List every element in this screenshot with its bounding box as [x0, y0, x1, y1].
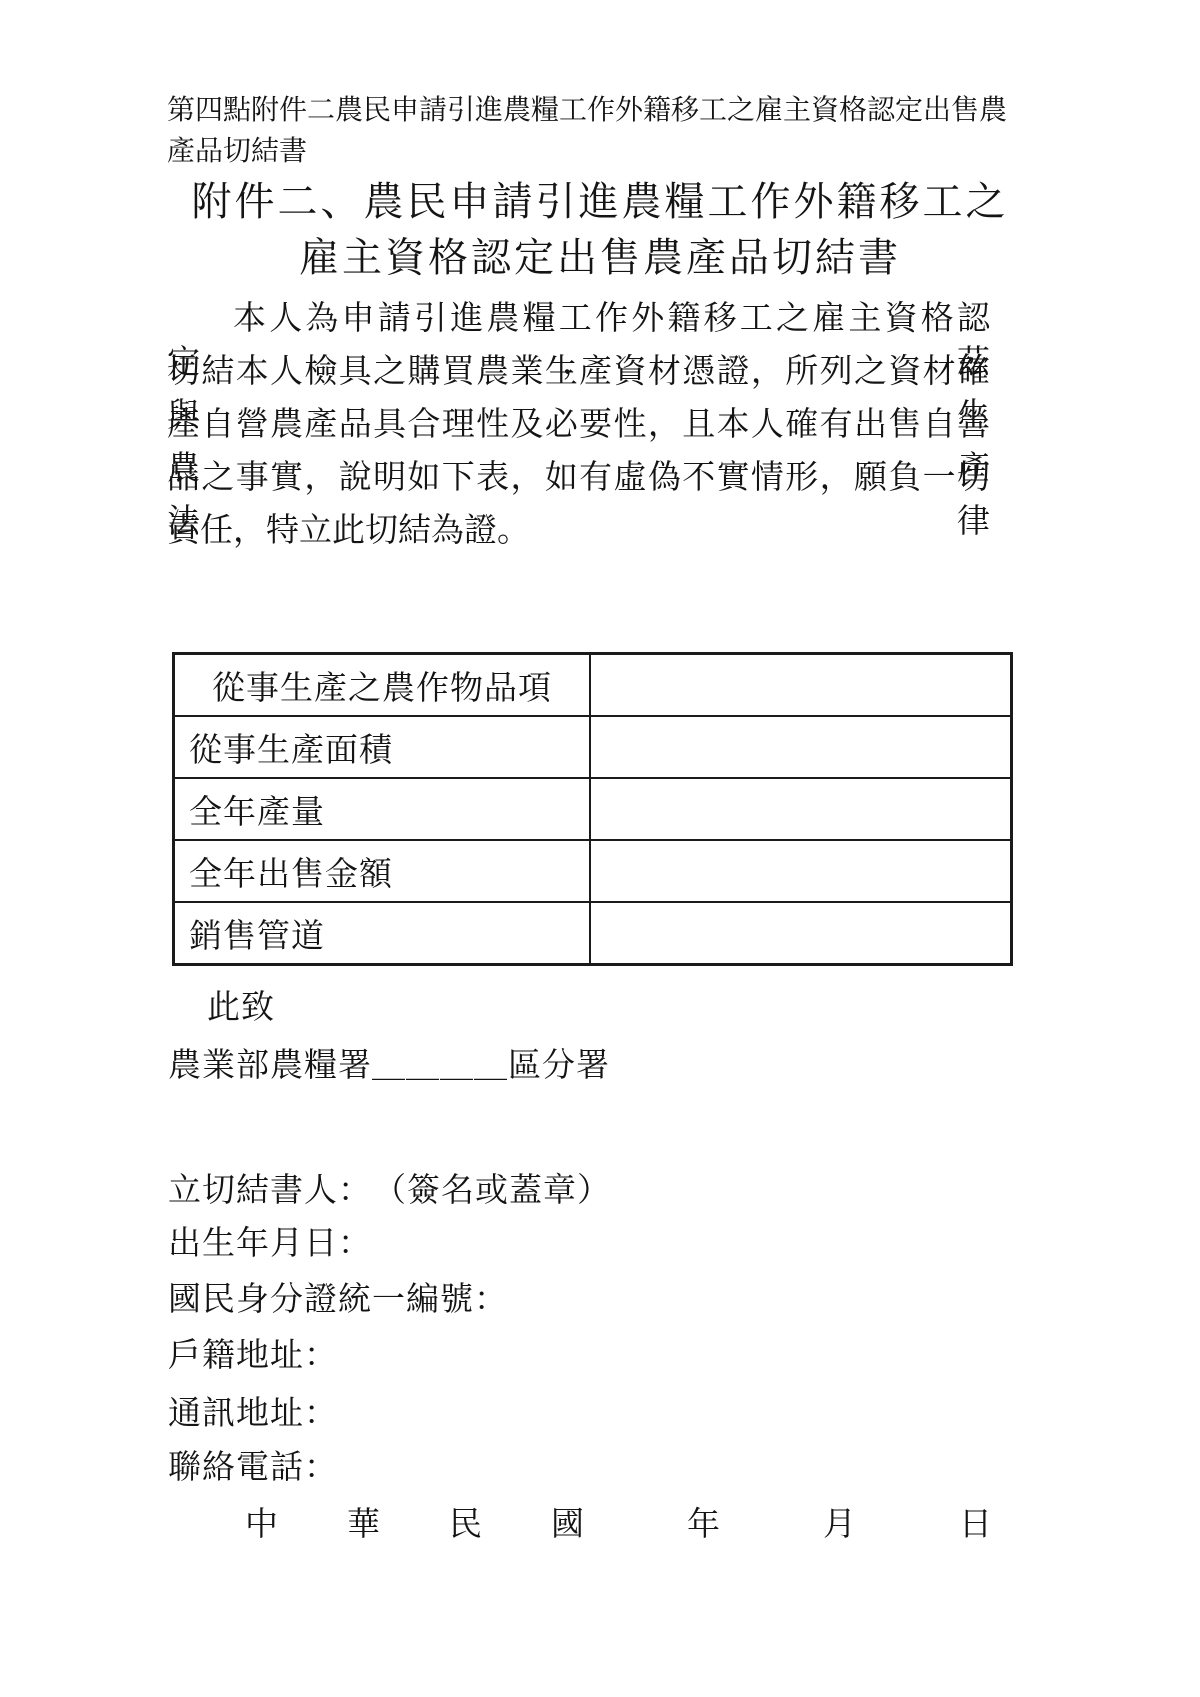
- agency-line: 農業部農糧署＿＿＿＿區分署: [168, 1044, 610, 1086]
- table-row: 全年產量: [175, 777, 1010, 839]
- salutation: 此致: [207, 986, 275, 1028]
- declaration-table: 從事生產之農作物品項 從事生產面積 全年產量 全年出售金額 銷售管道: [172, 652, 1013, 966]
- signature-field-id-number: 國民身分證統一編號：: [168, 1278, 508, 1320]
- table-row: 銷售管道: [175, 901, 1010, 963]
- table-row: 從事生產面積: [175, 715, 1010, 777]
- row-label-cell: 全年產量: [175, 779, 591, 839]
- row-label-cell: 全年出售金額: [175, 841, 591, 901]
- affidavit-document-page: 第四點附件二農民申請引進農糧工作外籍移工之雇主資格認定出售農 產品切結書 附件二…: [0, 0, 1200, 1697]
- header-note-line-1: 第四點附件二農民申請引進農糧工作外籍移工之雇主資格認定出售農: [167, 90, 1067, 130]
- row-label-cell: 銷售管道: [175, 903, 591, 963]
- table-row: 全年出售金額: [175, 839, 1010, 901]
- row-label-cell: 從事生產面積: [175, 717, 591, 777]
- row-label-cell: 從事生產之農作物品項: [175, 655, 591, 715]
- signature-field-registered-address: 戶籍地址：: [168, 1334, 338, 1376]
- table-row: 從事生產之農作物品項: [175, 655, 1010, 715]
- signature-field-declarant: 立切結書人： （簽名或蓋章）: [168, 1169, 611, 1211]
- row-value-cell: [591, 717, 1010, 777]
- row-value-cell: [591, 779, 1010, 839]
- row-value-cell: [591, 903, 1010, 963]
- form-title-line-2: 雇主資格認定出售農產品切結書: [0, 232, 1200, 284]
- signature-field-mailing-address: 通訊地址：: [168, 1392, 338, 1434]
- header-note-line-2: 產品切結書: [167, 131, 1067, 171]
- body-paragraph-line: 責任，特立此切結為證。: [167, 508, 990, 552]
- form-title-line-1: 附件二、農民申請引進農糧工作外籍移工之: [0, 176, 1200, 228]
- date-line: 中 華 民 國 年 月 日: [245, 1503, 993, 1545]
- signature-field-birthdate: 出生年月日：: [168, 1222, 372, 1264]
- signature-field-phone: 聯絡電話：: [168, 1446, 338, 1488]
- row-value-cell: [591, 841, 1010, 901]
- row-value-cell: [591, 655, 1010, 715]
